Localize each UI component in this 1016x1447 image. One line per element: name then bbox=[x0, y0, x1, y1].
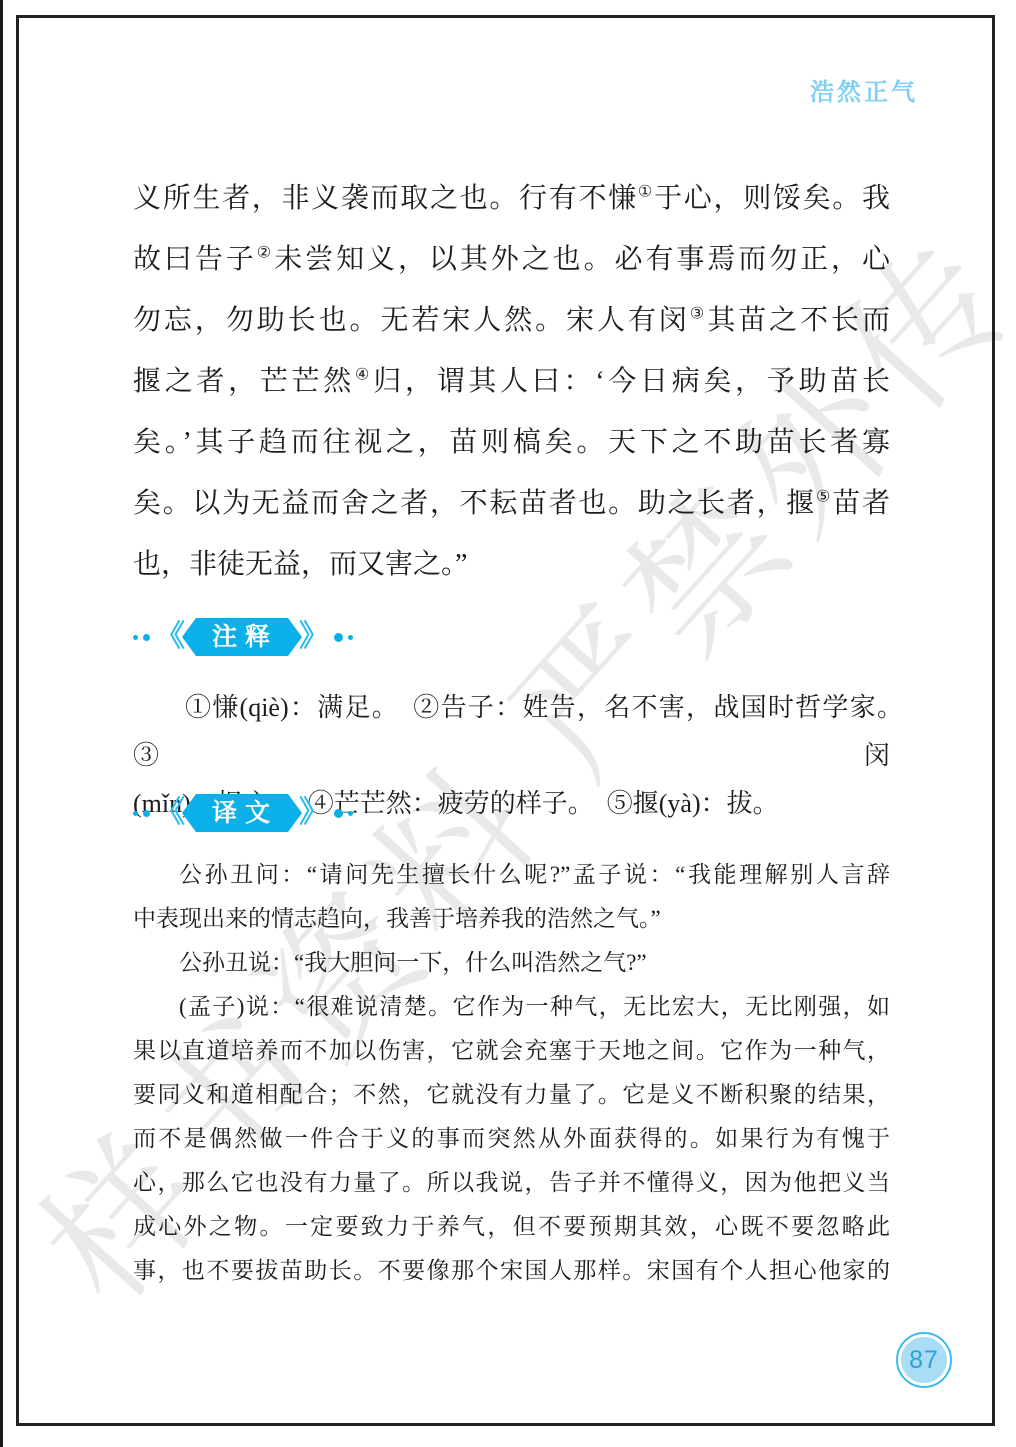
text-line: 义所生者，非义袭而取之也。行有不慊①于心，则馁矣。我 bbox=[133, 168, 890, 229]
text-line: 成心外之物。一定要致力于养气，但不要预期其效，心既不要忽略此 bbox=[133, 1205, 890, 1249]
text-line: 要同义和道相配合；不然，它就没有力量了。它是义不断积聚的结果， bbox=[133, 1073, 890, 1117]
text-line: 矣。’其子趋而往视之，苗则槁矣。天下之不助苗长者寡 bbox=[133, 412, 890, 473]
translation-badge-label: 译文 bbox=[182, 794, 302, 832]
dot-icon bbox=[334, 633, 343, 642]
book-page: 样书资料 严禁外传 浩然正气 义所生者，非义袭而取之也。行有不慊①于心，则馁矣。… bbox=[0, 0, 1016, 1447]
text-line: 揠之者，芒芒然④归，谓其人曰：‘今日病矣，予助苗长 bbox=[133, 351, 890, 412]
page-number: 87 bbox=[909, 1346, 939, 1375]
text-line: 果以直道培养而不加以伤害，它就会充塞于天地之间。它作为一种气， bbox=[133, 1029, 890, 1073]
text-line: 中表现出来的情志趋向，我善于培养我的浩然之气。” bbox=[133, 897, 890, 941]
left-chevron-icon: 《 bbox=[155, 794, 185, 832]
translation-badge: 《 译文 》 bbox=[133, 794, 353, 832]
right-chevron-icon: 》 bbox=[299, 794, 329, 832]
footnote-marker: ① bbox=[638, 183, 654, 201]
right-chevron-icon: 》 bbox=[299, 618, 329, 656]
text-line: 勿忘，勿助长也。无若宋人然。宋人有闵③其苗之不长而 bbox=[133, 290, 890, 351]
left-chevron-icon: 《 bbox=[155, 618, 185, 656]
dot-icon bbox=[143, 634, 150, 641]
text-line: (孟子)说：“很难说清楚。它作为一种气，无比宏大，无比刚强，如 bbox=[133, 985, 890, 1029]
classical-text: 义所生者，非义袭而取之也。行有不慊①于心，则馁矣。我故曰告子②未尝知义，以其外之… bbox=[133, 168, 890, 595]
text-line: 故曰告子②未尝知义，以其外之也。必有事焉而勿正，心 bbox=[133, 229, 890, 290]
page-number-badge: 87 bbox=[896, 1332, 952, 1388]
footnote-marker: ⑤ bbox=[816, 488, 832, 506]
dot-icon bbox=[133, 811, 138, 816]
text-line: 心，那么它也没有力量了。所以我说，告子并不懂得义，因为他把义当 bbox=[133, 1161, 890, 1205]
dot-icon bbox=[133, 635, 138, 640]
footnote-marker: ③ bbox=[690, 305, 708, 323]
dot-icon bbox=[143, 810, 150, 817]
footnote-marker: ④ bbox=[355, 366, 373, 384]
text-line: 公孙丑问：“请问先生擅长什么呢?”孟子说：“我能理解别人言辞 bbox=[133, 853, 890, 897]
text-line: 公孙丑说：“我大胆问一下，什么叫浩然之气?” bbox=[133, 941, 890, 985]
notes-badge-label: 注释 bbox=[182, 618, 302, 656]
footnote-marker: ② bbox=[257, 244, 275, 262]
running-head-title: 浩然正气 bbox=[810, 72, 918, 107]
text-line: 事，也不要拔苗助长。不要像那个宋国人那样。宋国有个人担心他家的 bbox=[133, 1249, 890, 1293]
dot-icon bbox=[334, 809, 343, 818]
page-left-edge-line bbox=[0, 0, 3, 1447]
dot-icon bbox=[348, 811, 353, 816]
text-line: 而不是偶然做一件合于义的事而突然从外面获得的。如果行为有愧于 bbox=[133, 1117, 890, 1161]
text-line: 也，非徒无益，而又害之。” bbox=[133, 534, 890, 595]
dot-icon bbox=[348, 635, 353, 640]
text-line: 矣。以为无益而舍之者，不耘苗者也。助之长者，揠⑤苗者 bbox=[133, 473, 890, 534]
notes-badge: 《 注释 》 bbox=[133, 618, 353, 656]
translation-text: 公孙丑问：“请问先生擅长什么呢?”孟子说：“我能理解别人言辞中表现出来的情志趋向… bbox=[133, 853, 890, 1293]
text-line: ①慊(qiè)：满足。 ②告子：姓告，名不害，战国时哲学家。 ③闵 bbox=[133, 684, 890, 780]
page-number-circle: 87 bbox=[901, 1337, 947, 1383]
